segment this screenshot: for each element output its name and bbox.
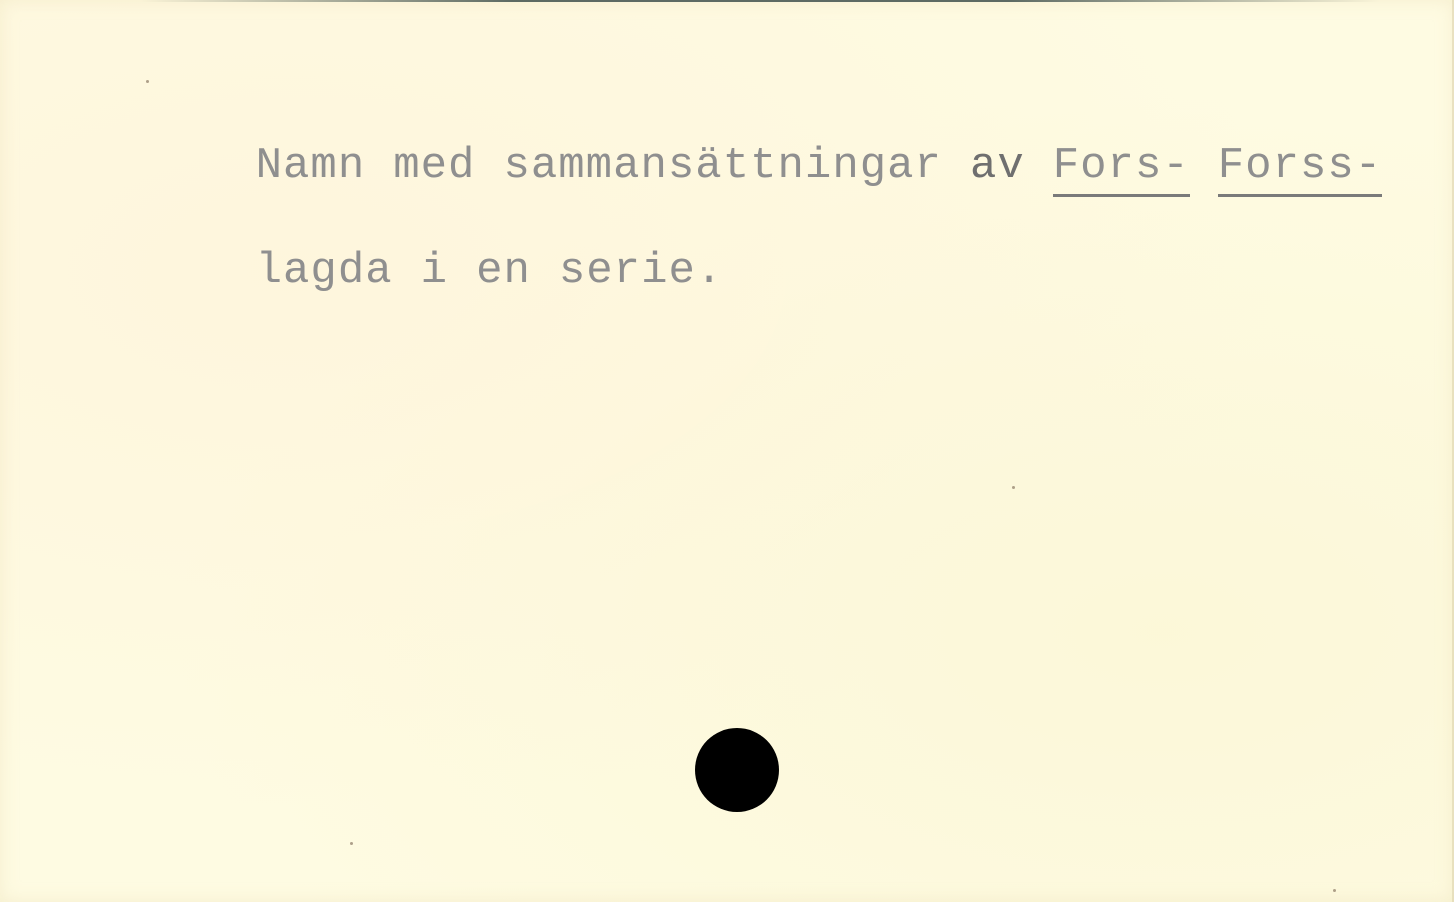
paper-speck	[1333, 889, 1336, 892]
word-serie: serie.	[559, 249, 723, 293]
paper-speck	[1012, 486, 1015, 489]
word-sammansattningar: sammansättningar	[503, 144, 941, 188]
underlined-word-fors: Fors-	[1053, 144, 1190, 197]
paper-speck	[350, 842, 353, 845]
word-av: av	[970, 144, 1025, 188]
word-en: en	[476, 249, 531, 293]
underlined-word-forss: Forss-	[1218, 144, 1382, 197]
archive-index-card: NamnmedsammansättningaravFors-Forss- lag…	[0, 0, 1454, 902]
card-top-edge	[140, 0, 1380, 2]
punch-hole	[695, 728, 779, 812]
typed-line-2: lagdaienserie.	[146, 205, 723, 337]
paper-speck	[146, 80, 149, 83]
word-lagda: lagda	[256, 249, 393, 293]
word-med: med	[393, 144, 475, 188]
word-namn: Namn	[256, 144, 366, 188]
word-i: i	[421, 249, 448, 293]
